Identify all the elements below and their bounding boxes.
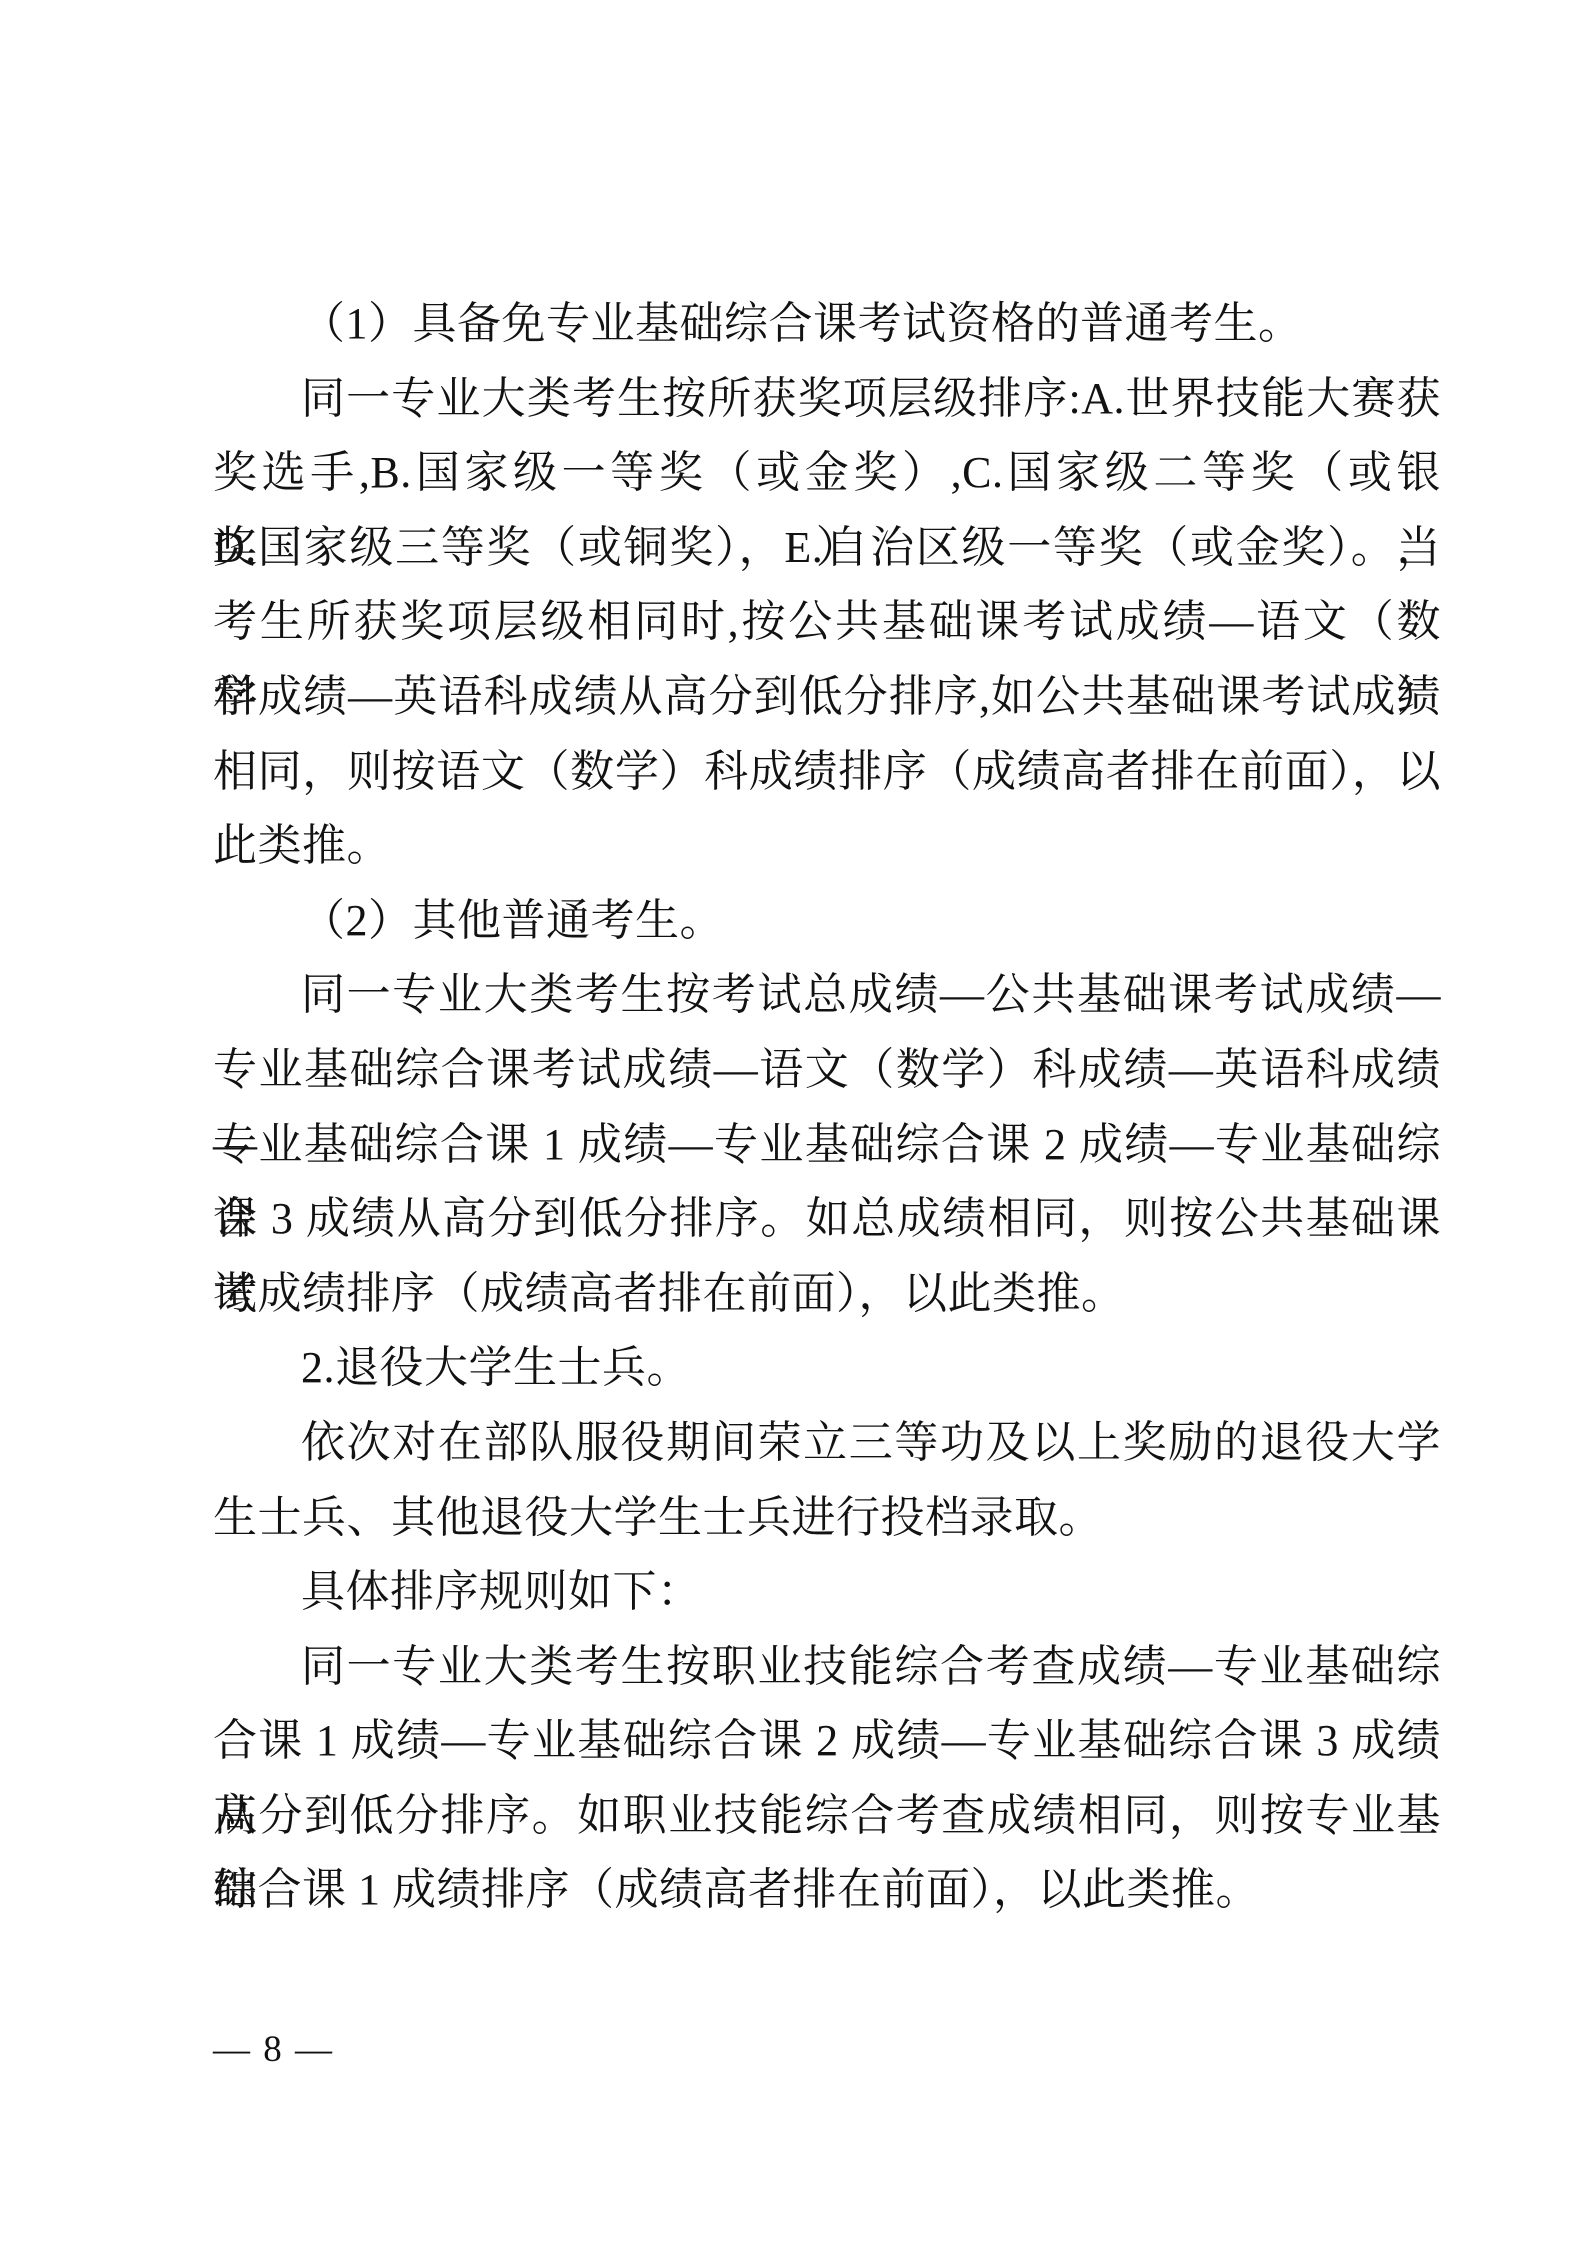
text-line: 同一专业大类考生按所获奖项层级排序:A.世界技能大赛获 — [213, 362, 1441, 437]
text-line: 合课 1 成绩—专业基础综合课 2 成绩—专业基础综合课 3 成绩从 — [213, 1704, 1441, 1779]
document-page: （1）具备免专业基础综合课考试资格的普通考生。同一专业大类考生按所获奖项层级排序… — [0, 0, 1587, 2245]
page-footer: — 8 — — [213, 2028, 334, 2072]
text-line: 科成绩—英语科成绩从高分到低分排序,如公共基础课考试成绩 — [213, 660, 1441, 735]
text-line: D.国家级三等奖（或铜奖），E.自治区级一等奖（或金奖）。当 — [213, 511, 1441, 586]
text-line: 相同，则按语文（数学）科成绩排序（成绩高者排在前面），以 — [213, 735, 1441, 810]
document-body: （1）具备免专业基础综合课考试资格的普通考生。同一专业大类考生按所获奖项层级排序… — [213, 287, 1441, 1928]
text-line: 考生所获奖项层级相同时,按公共基础课考试成绩—语文（数学） — [213, 585, 1441, 660]
page-number: — 8 — — [213, 2029, 334, 2070]
text-line: 试成绩排序（成绩高者排在前面），以此类推。 — [213, 1257, 1441, 1332]
text-line: 专业基础综合课 1 成绩—专业基础综合课 2 成绩—专业基础综合 — [213, 1108, 1441, 1183]
text-line: 课 3 成绩从高分到低分排序。如总成绩相同，则按公共基础课考 — [213, 1182, 1441, 1257]
text-line: 综合课 1 成绩排序（成绩高者排在前面），以此类推。 — [213, 1853, 1441, 1928]
text-line: 高分到低分排序。如职业技能综合考查成绩相同，则按专业基础 — [213, 1779, 1441, 1854]
text-line: 同一专业大类考生按职业技能综合考查成绩—专业基础综 — [213, 1630, 1441, 1705]
text-line: 具体排序规则如下： — [213, 1555, 1441, 1630]
text-line: 奖选手,B.国家级一等奖（或金奖）,C.国家级二等奖（或银奖）， — [213, 436, 1441, 511]
text-line: 生士兵、其他退役大学生士兵进行投档录取。 — [213, 1481, 1441, 1556]
text-line: 此类推。 — [213, 809, 1441, 884]
text-line: 同一专业大类考生按考试总成绩—公共基础课考试成绩— — [213, 958, 1441, 1033]
text-line: （2）其他普通考生。 — [213, 884, 1441, 959]
text-line: 依次对在部队服役期间荣立三等功及以上奖励的退役大学 — [213, 1406, 1441, 1481]
text-line: 专业基础综合课考试成绩—语文（数学）科成绩—英语科成绩— — [213, 1033, 1441, 1108]
text-line: 2.退役大学生士兵。 — [213, 1331, 1441, 1406]
text-line: （1）具备免专业基础综合课考试资格的普通考生。 — [213, 287, 1441, 362]
